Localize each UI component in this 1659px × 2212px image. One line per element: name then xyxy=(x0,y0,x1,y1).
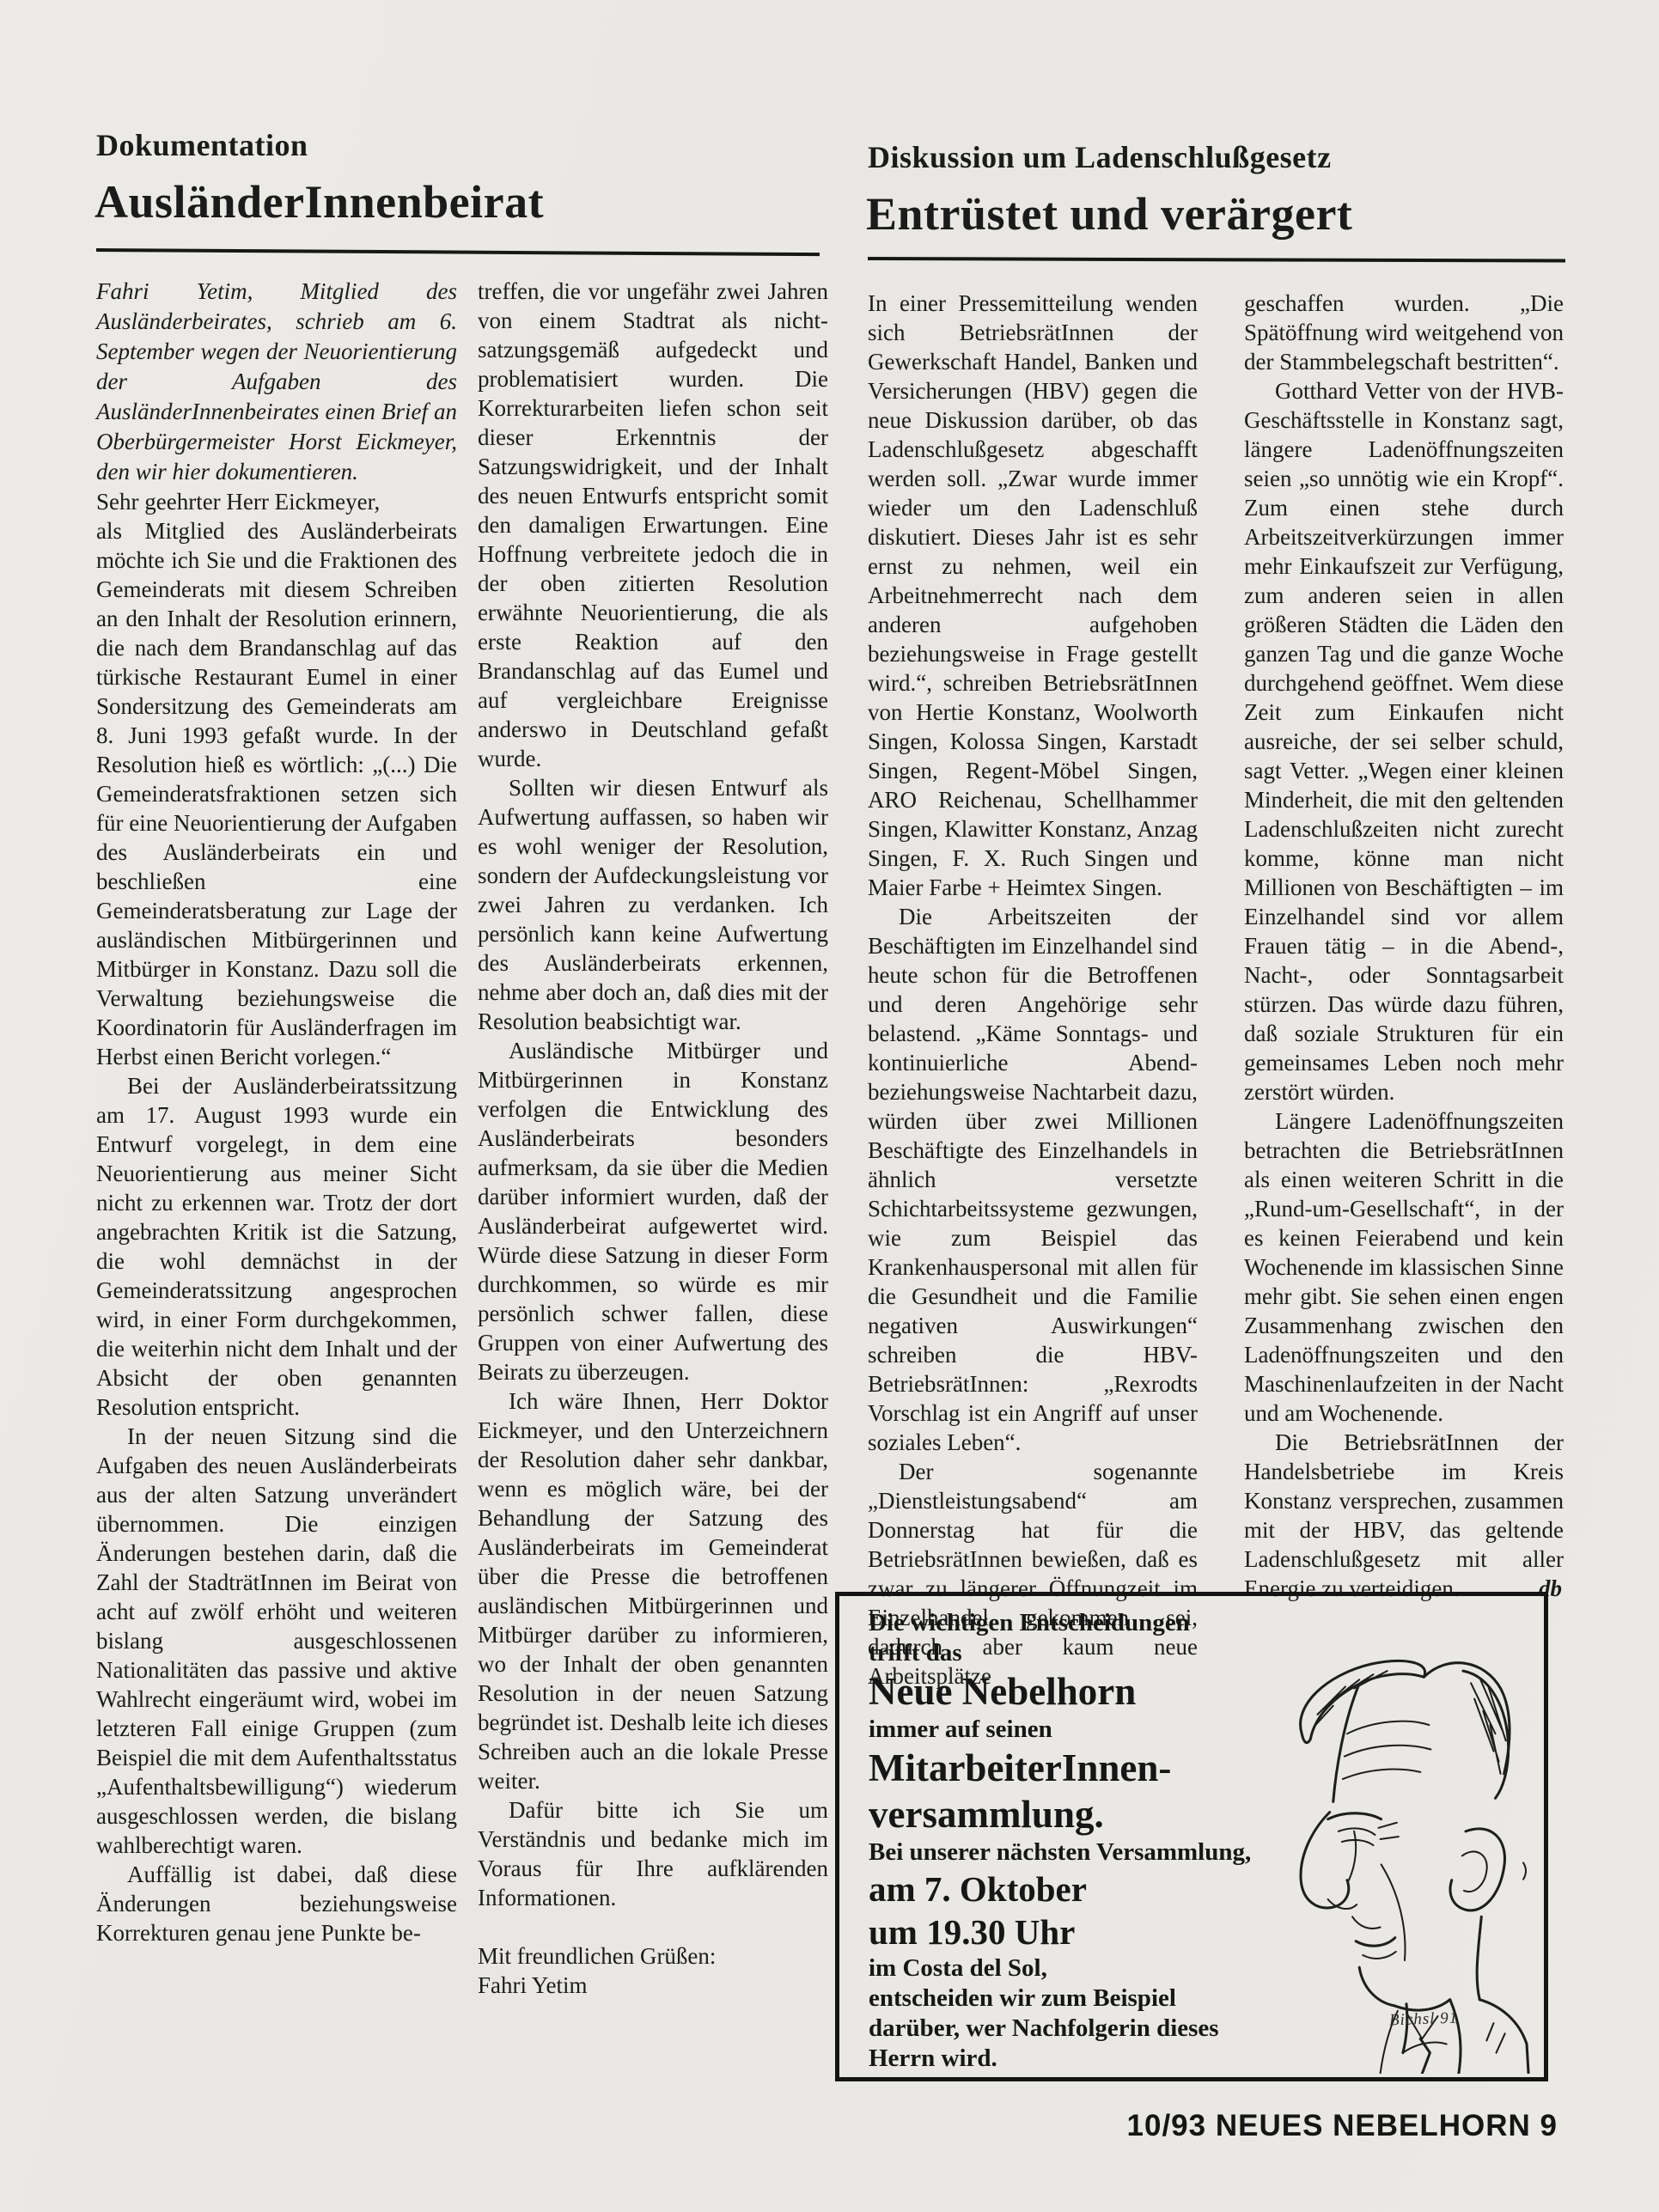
ad-line: Die wichtigen Entscheidungen xyxy=(869,1608,1286,1638)
ad-line: immer auf seinen xyxy=(869,1715,1286,1745)
ad-line: am 7. Oktober xyxy=(869,1868,1286,1910)
ad-line: entscheiden wir zum Beispiel xyxy=(869,1983,1286,2014)
right-headline-rule xyxy=(868,257,1565,263)
page-footer: 10/93 NEUES NEBELHORN 9 xyxy=(1127,2109,1558,2143)
paragraph: Sollten wir diesen Entwurf als Aufwertun… xyxy=(478,773,828,1036)
paragraph: geschaffen wurden. „Die Spätöffnung wird… xyxy=(1244,289,1564,376)
right-article-column-1: In einer Pressemitteilung wenden sich Be… xyxy=(868,289,1198,1691)
ad-line: Neue Nebelhorn xyxy=(869,1668,1286,1715)
right-article-kicker: Diskussion um Ladenschlußgesetz xyxy=(868,139,1332,175)
left-article-column-1: Fahri Yetim, Mitglied des Ausländerbeira… xyxy=(96,277,457,1947)
paragraph: Auffällig ist dabei, daß diese Änderunge… xyxy=(96,1860,457,1947)
ad-line: im Costa del Sol, xyxy=(869,1953,1286,1983)
paragraph: Längere Ladenöffnungszeiten betrachten d… xyxy=(1244,1106,1564,1428)
cartoonist-signature: Bichsl 91 xyxy=(1388,2009,1458,2031)
ad-line: Bei unserer nächsten Versammlung, xyxy=(869,1837,1286,1868)
paragraph: In der neuen Sitzung sind die Aufgaben d… xyxy=(96,1422,457,1860)
left-article-column-2: treffen, die vor ungefähr zwei Jahren vo… xyxy=(478,277,828,2000)
ad-line: versammlung. xyxy=(869,1791,1286,1837)
paragraph: Fahri Yetim, Mitglied des Ausländerbeira… xyxy=(96,277,457,487)
ad-line: um 19.30 Uhr xyxy=(869,1910,1286,1953)
paragraph: Ausländische Mitbürger und Mitbürgerinne… xyxy=(478,1036,828,1386)
paragraph: als Mitglied des Ausländerbeirats möchte… xyxy=(96,516,457,1071)
right-article-column-2: geschaffen wurden. „Die Spätöffnung wird… xyxy=(1244,289,1564,1603)
caricature-drawing xyxy=(1272,1603,1540,2074)
right-article-title: Entrüstet und verärgert xyxy=(866,187,1352,241)
ad-line: darüber, wer Nachfolgerin dieses xyxy=(869,2014,1286,2044)
paragraph: Bei der Ausländerbeiratssitzung am 17. A… xyxy=(96,1071,457,1422)
paragraph: Sehr geehrter Herr Eickmeyer, xyxy=(96,487,457,516)
paragraph: Die BetriebsrätInnen der Handelsbetriebe… xyxy=(1244,1428,1564,1603)
paragraph: Gotthard Vetter von der HVB-Geschäftsste… xyxy=(1244,376,1564,1106)
paragraph: Fahri Yetim xyxy=(478,1971,828,2000)
paragraph: treffen, die vor ungefähr zwei Jahren vo… xyxy=(478,277,828,773)
left-headline-rule xyxy=(96,248,820,256)
paragraph: Mit freundlichen Grüßen: xyxy=(478,1941,828,1971)
announcement-box: Die wichtigen Entscheidungentrifft dasNe… xyxy=(835,1592,1548,2081)
newspaper-page: Dokumentation AusländerInnenbeirat Disku… xyxy=(0,0,1659,2212)
ad-line: trifft das xyxy=(869,1638,1286,1668)
paragraph: Die Arbeitszeiten der Beschäftigten im E… xyxy=(868,902,1198,1457)
paragraph: In einer Pressemitteilung wenden sich Be… xyxy=(868,289,1198,902)
paragraph: Ich wäre Ihnen, Herr Doktor Eickmeyer, u… xyxy=(478,1386,828,1795)
ad-line: MitarbeiterInnen- xyxy=(869,1745,1286,1791)
left-article-kicker: Dokumentation xyxy=(96,127,308,163)
announcement-text: Die wichtigen Entscheidungentrifft dasNe… xyxy=(869,1608,1286,2074)
paragraph: Dafür bitte ich Sie um Verständnis und b… xyxy=(478,1795,828,1912)
left-article-title: AusländerInnenbeirat xyxy=(95,175,544,229)
ad-line: Herrn wird. xyxy=(869,2044,1286,2074)
